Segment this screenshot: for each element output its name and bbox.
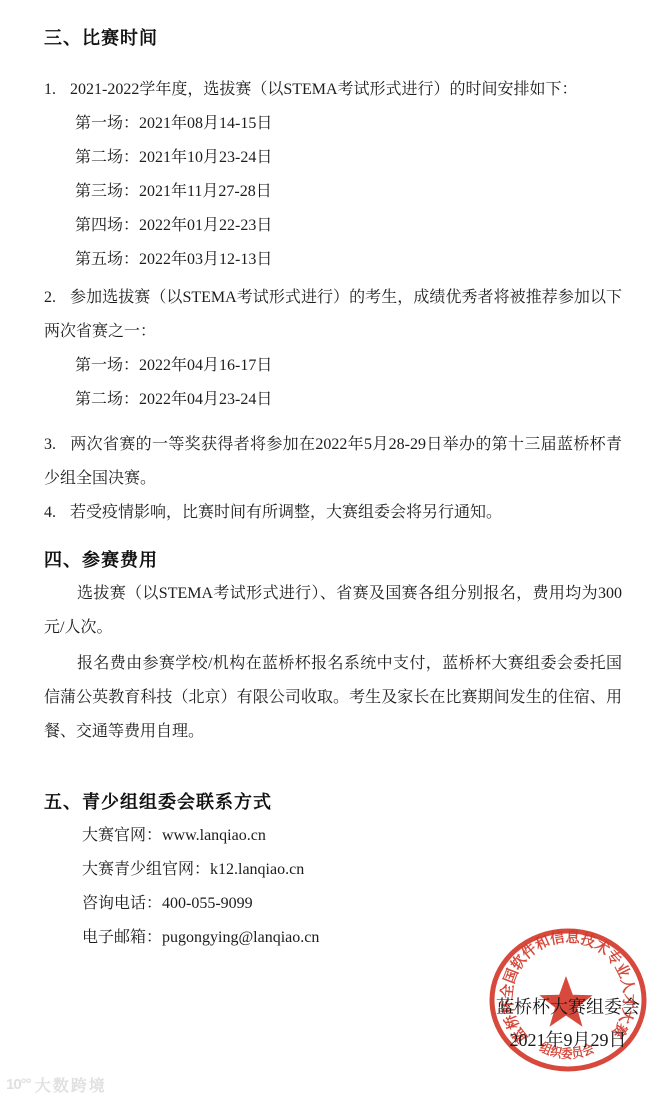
item-number: 2. xyxy=(44,281,70,315)
item-text: 若受疫情影响，比赛时间有所调整，大赛组委会将另行通知。 xyxy=(70,504,502,521)
schedule-line: 第五场：2022年03月12-13日 xyxy=(44,243,622,277)
list-item-1: 1.2021-2022学年度，选拔赛（以STEMA考试形式进行）的时间安排如下： xyxy=(44,73,622,107)
item-text: 2021-2022学年度，选拔赛（以STEMA考试形式进行）的时间安排如下： xyxy=(70,81,578,98)
item-number: 3. xyxy=(44,428,70,462)
fee-paragraph-2: 报名费由参赛学校/机构在蓝桥杯报名系统中支付，蓝桥杯大赛组委会委托国信蒲公英教育… xyxy=(44,647,622,749)
contact-line-website: 大赛官网：www.lanqiao.cn xyxy=(44,819,622,853)
item-text: 两次省赛的一等奖获得者将参加在2022年5月28-29日举办的第十三届蓝桥杯青少… xyxy=(44,436,622,487)
list-item-2: 2.参加选拔赛（以STEMA考试形式进行）的考生，成绩优秀者将被推荐参加以下两次… xyxy=(44,281,622,349)
schedule-line: 第三场：2021年11月27-28日 xyxy=(44,175,622,209)
watermark-logo-icon: 10°° xyxy=(6,1076,31,1093)
watermark-text: 大数跨境 xyxy=(35,1073,107,1096)
list-item-3: 3.两次省赛的一等奖获得者将参加在2022年5月28-29日举办的第十三届蓝桥杯… xyxy=(44,428,622,496)
signature-org-name: 蓝桥杯大赛组委会 xyxy=(494,997,642,1018)
section-contact-heading: 五、青少组组委会联系方式 xyxy=(44,785,622,819)
contact-line-phone: 咨询电话：400-055-9099 xyxy=(44,887,622,921)
schedule-line: 第二场：2021年10月23-24日 xyxy=(44,141,622,175)
watermark: 10°° 大数跨境 xyxy=(6,1073,107,1096)
list-item-4: 4.若受疫情影响，比赛时间有所调整，大赛组委会将另行通知。 xyxy=(44,496,622,530)
schedule-line: 第四场：2022年01月22-23日 xyxy=(44,209,622,243)
document-page: 三、比赛时间 1.2021-2022学年度，选拔赛（以STEMA考试形式进行）的… xyxy=(0,0,664,1099)
section-time-heading: 三、比赛时间 xyxy=(44,21,622,55)
signature-date: 2021年9月29日 xyxy=(494,1030,642,1051)
contact-line-youth-website: 大赛青少组官网：k12.lanqiao.cn xyxy=(44,853,622,887)
fee-paragraph-1: 选拔赛（以STEMA考试形式进行）、省赛及国赛各组分别报名，费用均为300元/人… xyxy=(44,577,622,645)
schedule-line: 第一场：2021年08月14-15日 xyxy=(44,107,622,141)
item-number: 1. xyxy=(44,73,70,107)
item-number: 4. xyxy=(44,496,70,530)
schedule-line: 第二场：2022年04月23-24日 xyxy=(44,383,622,417)
item-text: 参加选拔赛（以STEMA考试形式进行）的考生，成绩优秀者将被推荐参加以下两次省赛… xyxy=(44,289,622,340)
schedule-line: 第一场：2022年04月16-17日 xyxy=(44,349,622,383)
section-fee-heading: 四、参赛费用 xyxy=(44,543,622,577)
